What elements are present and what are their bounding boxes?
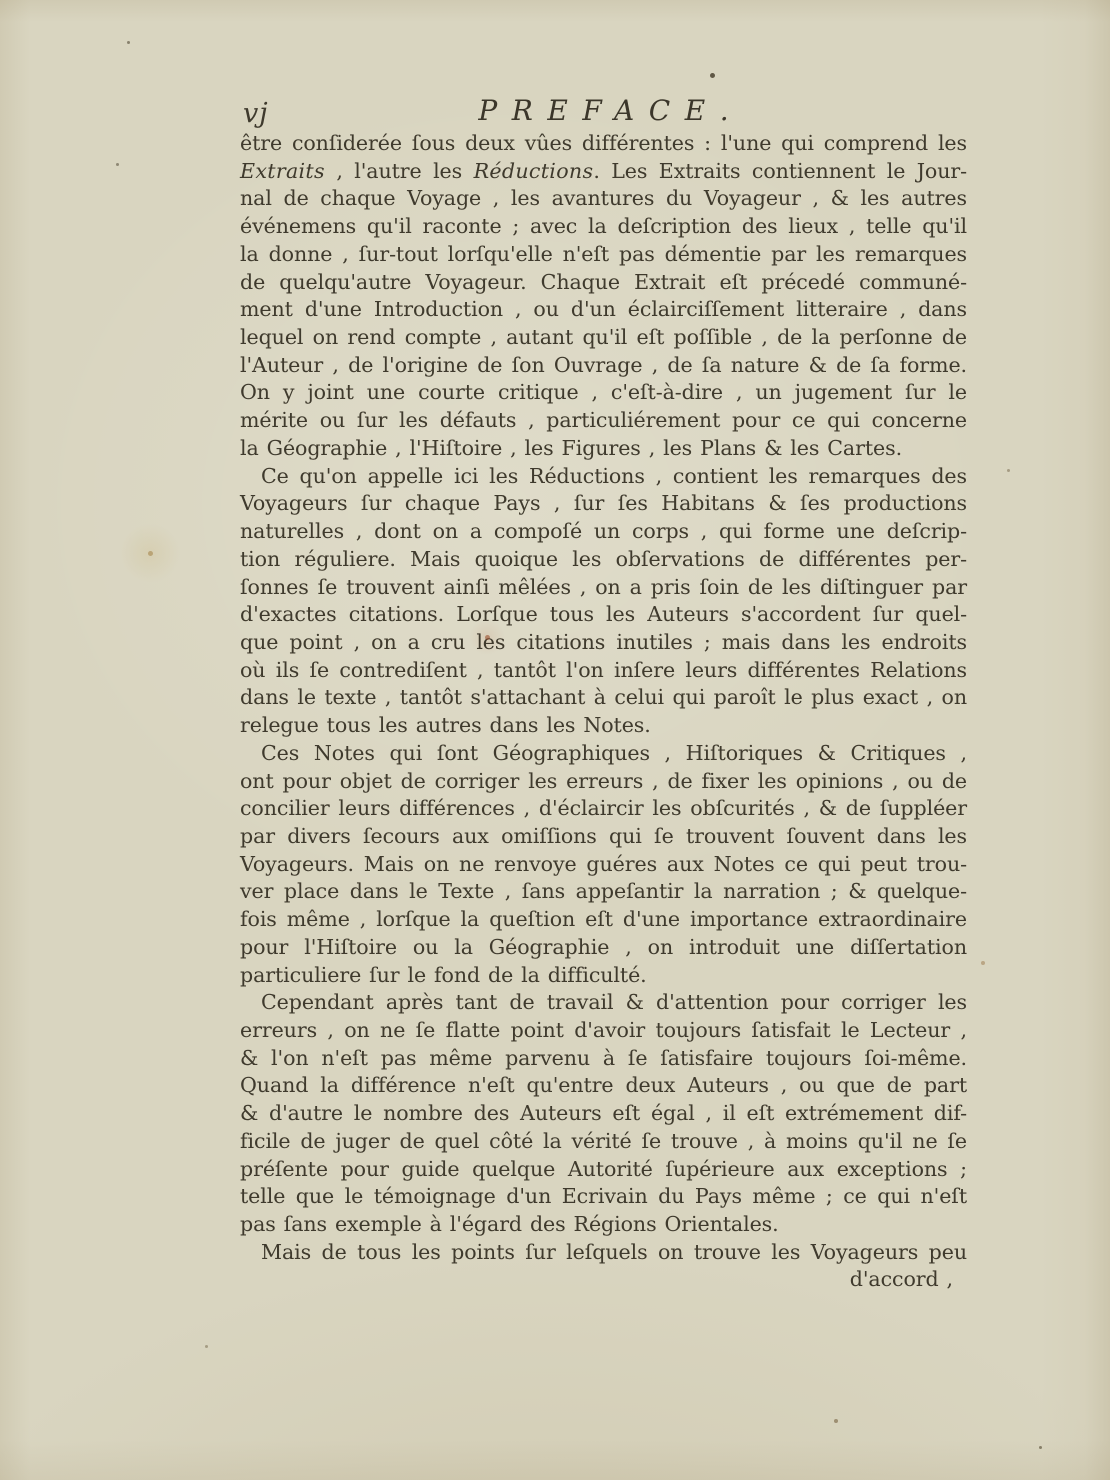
catchword-line: d'accord , bbox=[240, 1266, 967, 1294]
text-line: & d'autre le nombre des Auteurs eſt égal… bbox=[240, 1100, 967, 1128]
text-line: pas ſans exemple à l'égard des Régions O… bbox=[240, 1211, 967, 1239]
text-line: Extraits , l'autre les Réductions. Les E… bbox=[240, 158, 967, 186]
text-line: concilier leurs différences , d'éclairci… bbox=[240, 795, 967, 823]
text-line: Voyageurs ſur chaque Pays , ſur ſes Habi… bbox=[240, 490, 967, 518]
book-page: vj PREFACE. être conſiderée ſous deux vû… bbox=[0, 0, 1110, 1480]
text-line: d'exactes citations. Lorſque tous les Au… bbox=[240, 601, 967, 629]
paper-speck bbox=[116, 163, 119, 166]
text-line: Ce qu'on appelle ici les Réductions , co… bbox=[240, 463, 967, 491]
text-line: par divers ſecours aux omiſſions qui ſe … bbox=[240, 823, 967, 851]
italic-term: Extraits bbox=[240, 159, 325, 183]
paper-speck bbox=[148, 551, 153, 556]
text-line: la donne , ſur-tout lorſqu'elle n'eſt pa… bbox=[240, 241, 967, 269]
text-segment: , l'autre les bbox=[325, 159, 474, 183]
text-line: lequel on rend compte , autant qu'il eſt… bbox=[240, 324, 967, 352]
text-line: Ces Notes qui ſont Géographiques , Hiſto… bbox=[240, 740, 967, 768]
paper-speck bbox=[710, 73, 715, 78]
paper-speck bbox=[834, 1419, 838, 1423]
catchword: d'accord , bbox=[850, 1267, 953, 1291]
text-line: dans le texte , tantôt s'attachant à cel… bbox=[240, 684, 967, 712]
paper-speck bbox=[485, 635, 490, 640]
text-line: être conſiderée ſous deux vûes différent… bbox=[240, 130, 967, 158]
text-line: ſonnes ſe trouvent ainſi mêlées , on a p… bbox=[240, 574, 967, 602]
text-line: nal de chaque Voyage , les avantures du … bbox=[240, 185, 967, 213]
text-line: pour l'Hiſtoire ou la Géographie , on in… bbox=[240, 934, 967, 962]
text-line: préſente pour guide quelque Autorité ſup… bbox=[240, 1156, 967, 1184]
text-line: Quand la différence n'eſt qu'entre deux … bbox=[240, 1072, 967, 1100]
text-line: que point , on a cru les citations inuti… bbox=[240, 629, 967, 657]
running-head: vj PREFACE. bbox=[240, 94, 967, 134]
text-line: de quelqu'autre Voyageur. Chaque Extrait… bbox=[240, 269, 967, 297]
text-line: relegue tous les autres dans les Notes. bbox=[240, 712, 967, 740]
text-line: l'Auteur , de l'origine de ſon Ouvrage ,… bbox=[240, 352, 967, 380]
page-title: PREFACE. bbox=[240, 94, 967, 128]
paper-speck bbox=[1007, 469, 1010, 472]
text-line: ficile de juger de quel côté la vérité ſ… bbox=[240, 1128, 967, 1156]
text-line: événemens qu'il raconte ; avec la deſcri… bbox=[240, 213, 967, 241]
text-segment: . Les Extraits contiennent le Jour- bbox=[593, 159, 967, 183]
text-line: mérite ou ſur les défauts , particuliére… bbox=[240, 407, 967, 435]
text-line: naturelles , dont on a compoſé un corps … bbox=[240, 518, 967, 546]
text-line: ver place dans le Texte , ſans appeſanti… bbox=[240, 878, 967, 906]
text-line: On y joint une courte critique , c'eſt-à… bbox=[240, 379, 967, 407]
text-line: Cependant après tant de travail & d'atte… bbox=[240, 989, 967, 1017]
text-line: & l'on n'eſt pas même parvenu à ſe ſatis… bbox=[240, 1045, 967, 1073]
text-line: ont pour objet de corriger les erreurs ,… bbox=[240, 768, 967, 796]
paper-speck bbox=[1039, 1446, 1042, 1449]
text-line: ment d'une Introduction , ou d'un éclair… bbox=[240, 296, 967, 324]
text-line: particuliere ſur le fond de la difficult… bbox=[240, 962, 967, 990]
paper-speck bbox=[205, 1345, 208, 1348]
text-line: fois même , lorſque la queſtion eſt d'un… bbox=[240, 906, 967, 934]
text-line: où ils ſe contrediſent , tantôt l'on inſ… bbox=[240, 657, 967, 685]
paper-speck bbox=[127, 41, 130, 44]
text-line: erreurs , on ne ſe flatte point d'avoir … bbox=[240, 1017, 967, 1045]
paper-speck bbox=[981, 961, 985, 965]
paragraph-lines: être conſiderée ſous deux vûes différent… bbox=[240, 130, 967, 1266]
preface-text: être conſiderée ſous deux vûes différent… bbox=[240, 130, 967, 1294]
text-line: la Géographie , l'Hiſtoire , les Figures… bbox=[240, 435, 967, 463]
text-line: Mais de tous les points ſur leſquels on … bbox=[240, 1239, 967, 1267]
text-line: tion réguliere. Mais quoique les obſerva… bbox=[240, 546, 967, 574]
text-line: telle que le témoignage d'un Ecrivain du… bbox=[240, 1183, 967, 1211]
text-line: Voyageurs. Mais on ne renvoye guéres aux… bbox=[240, 851, 967, 879]
italic-term: Réductions bbox=[474, 159, 594, 183]
